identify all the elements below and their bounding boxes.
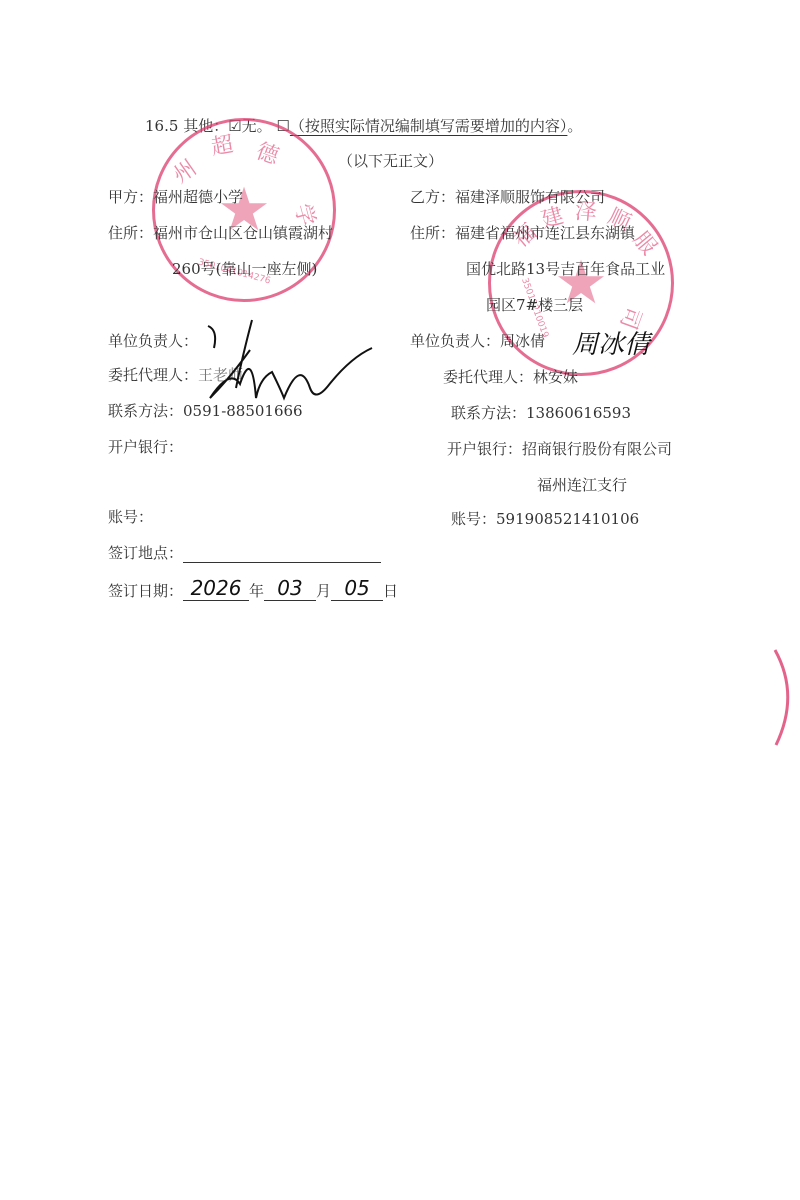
party-b-address-line3: 园区7#楼三层 (486, 294, 583, 315)
party-b-contact-value: 13860616593 (526, 404, 631, 422)
party-a-name: 福州超德小学 (153, 188, 243, 206)
party-b-signature: 周冰倩 (572, 324, 650, 361)
clause-label: 其他： (183, 117, 228, 135)
party-b-responsible-row: 单位负责人：周冰倩 (410, 330, 545, 351)
year-unit: 年 (249, 582, 264, 600)
option-additional: （按照实际情况编制填写需要增加的内容） (290, 117, 568, 135)
party-b-bank-row: 开户银行：招商银行股份有限公司 (447, 438, 672, 459)
party-b-address-row: 住所：福建省福州市连江县东湖镇 (410, 222, 635, 243)
party-b-account-label: 账号： (451, 510, 496, 528)
party-b-contact-row: 联系方法：13860616593 (451, 402, 631, 423)
party-b-bank-label: 开户银行： (447, 440, 522, 458)
signing-date-row: 签订日期：2026年03月05日 (108, 578, 398, 601)
party-a-account-row: 账号： (108, 506, 153, 527)
signing-day-field[interactable]: 05 (331, 578, 383, 601)
party-b-responsible-name: 周冰倩 (500, 332, 545, 350)
party-b-address-line1: 福建省福州市连江县东湖镇 (455, 224, 635, 242)
party-a-responsible-row: 单位负责人： (108, 330, 198, 351)
party-a-address-row: 住所：福州市仓山区仓山镇霞湖村 (108, 222, 333, 243)
clause-number: 16.5 (145, 117, 178, 135)
checkbox-checked-icon[interactable]: ☑ (228, 117, 241, 135)
party-a-label: 甲方： (108, 188, 153, 206)
checkbox-unchecked-icon[interactable]: ☐ (276, 117, 289, 135)
party-b-contact-label: 联系方法： (451, 404, 526, 422)
party-b-agent-row: 委托代理人：林安妹 (443, 366, 578, 387)
party-a-address-line2: 260号(靠山一座左侧) (172, 258, 317, 279)
party-b-agent-name: 林安妹 (533, 368, 578, 386)
party-a-bank-label: 开户银行： (108, 438, 183, 456)
partial-stamp-edge (770, 640, 800, 750)
party-a-name-row: 甲方：福州超德小学 (108, 186, 243, 207)
party-b-address-label: 住所： (410, 224, 455, 242)
party-b-account-value: 591908521410106 (496, 510, 639, 528)
party-a-responsible-label: 单位负责人： (108, 332, 198, 350)
party-b-account-row: 账号：591908521410106 (451, 508, 639, 529)
party-a-signature (200, 318, 380, 418)
party-b-name: 福建泽顺服饰有限公司 (455, 188, 605, 206)
signing-place-field[interactable] (183, 544, 381, 563)
party-b-address-line2: 国优北路13号吉百年食品工业 (466, 258, 665, 279)
party-a-bank-row: 开户银行： (108, 436, 183, 457)
party-a-address-label: 住所： (108, 224, 153, 242)
clause-end: 。 (567, 117, 582, 135)
signing-year-field[interactable]: 2026 (183, 578, 249, 601)
party-b-responsible-label: 单位负责人： (410, 332, 500, 350)
day-unit: 日 (383, 582, 398, 600)
signing-month-field[interactable]: 03 (264, 578, 316, 601)
signing-place-row: 签订地点： (108, 542, 381, 563)
party-b-name-row: 乙方：福建泽顺服饰有限公司 (410, 186, 605, 207)
option-none: 无。 (242, 117, 272, 135)
party-a-contact-label: 联系方法： (108, 402, 183, 420)
party-a-account-label: 账号： (108, 508, 153, 526)
signing-place-label: 签订地点： (108, 544, 183, 562)
party-b-agent-label: 委托代理人： (443, 368, 533, 386)
clause-16-5: 16.5 其他：☑无。 ☐（按照实际情况编制填写需要增加的内容）。 (145, 115, 582, 136)
party-a-address-line1: 福州市仓山区仓山镇霞湖村 (153, 224, 333, 242)
party-b-bank-line1: 招商银行股份有限公司 (522, 440, 672, 458)
party-b-label: 乙方： (410, 188, 455, 206)
party-b-bank-line2: 福州连江支行 (537, 474, 627, 495)
month-unit: 月 (316, 582, 331, 600)
end-note: （以下无正文） (338, 150, 443, 171)
party-a-agent-label: 委托代理人： (108, 366, 198, 384)
signing-date-label: 签订日期： (108, 582, 183, 600)
